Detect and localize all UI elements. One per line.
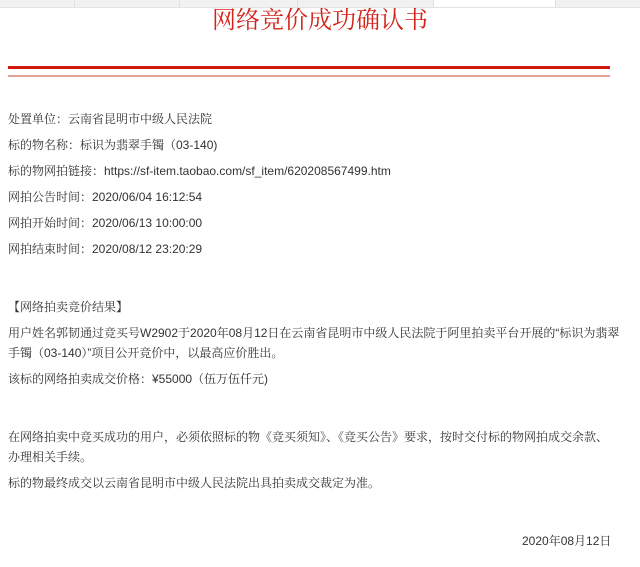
document-date: 2020年08月12日: [522, 533, 611, 549]
result-statement-line2: 手镯（03-140）”项目公开竞价中，以最高应价胜出。: [8, 345, 283, 361]
note1-line2: 办理相关手续。: [8, 449, 92, 465]
start-time: 网拍开始时间：2020/06/13 10:00:00: [8, 215, 202, 231]
item-name: 标的物名称：标识为翡翠手镯（03-140): [8, 137, 217, 153]
announce-time: 网拍公告时间：2020/06/04 16:12:54: [8, 189, 202, 205]
disposal-unit: 处置单位：云南省昆明市中级人民法院: [8, 111, 212, 127]
result-statement-line1: 用户姓名郭韧通过竞买号W2902于2020年08月12日在云南省昆明市中级人民法…: [8, 325, 619, 341]
note2: 标的物最终成交以云南省昆明市中级人民法院出具拍卖成交裁定为准。: [8, 475, 380, 491]
title-rule-thin: [8, 75, 610, 77]
result-heading: 【网络拍卖竞价结果】: [8, 299, 128, 315]
note1-line1: 在网络拍卖中竞买成功的用户，必须依照标的物《竞买须知》、《竞买公告》要求，按时交…: [8, 429, 608, 445]
end-time: 网拍结束时间：2020/08/12 23:20:29: [8, 241, 202, 257]
document-title: 网络竞价成功确认书: [0, 6, 640, 36]
title-rule-thick: [8, 66, 610, 69]
item-link[interactable]: 标的物网拍链接：https://sf-item.taobao.com/sf_it…: [8, 163, 391, 179]
result-price: 该标的网络拍卖成交价格：¥55000（伍万伍仟元): [8, 371, 268, 387]
